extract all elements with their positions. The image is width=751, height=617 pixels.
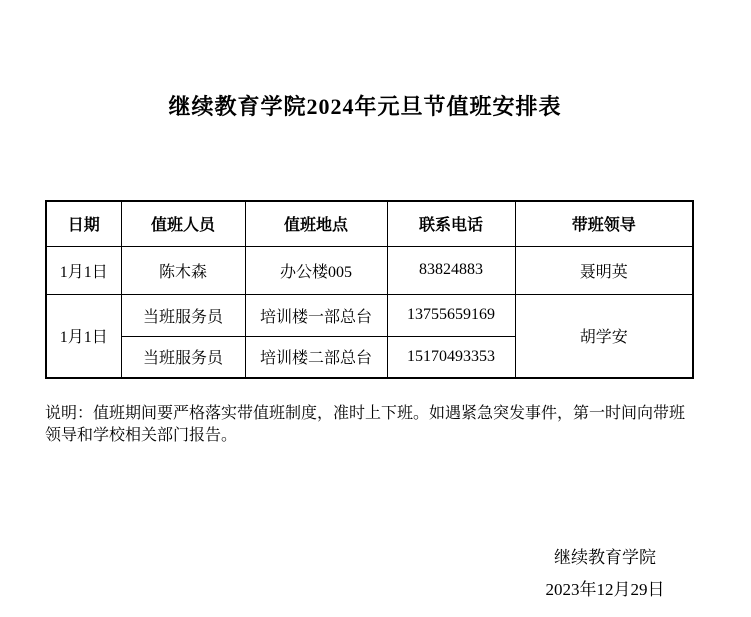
cell-phone: 15170493353 [387,336,515,378]
table-header-row: 日期 值班人员 值班地点 联系电话 带班领导 [46,201,693,246]
cell-leader-merged: 胡学安 [515,294,693,378]
header-phone: 联系电话 [387,201,515,246]
note-paragraph: 说明：值班期间要严格落实带值班制度，准时上下班。如遇紧急突发事件，第一时间向带班… [45,403,697,447]
signature-unit: 继续教育学院 [490,548,720,568]
cell-location: 办公楼005 [245,246,387,294]
page-title: 继续教育学院2024年元旦节值班安排表 [0,90,730,121]
cell-person: 陈木森 [121,246,245,294]
duty-schedule-table: 日期 值班人员 值班地点 联系电话 带班领导 1月1日 陈木森 办公楼005 8… [45,200,694,379]
cell-person: 当班服务员 [121,294,245,336]
cell-person: 当班服务员 [121,336,245,378]
cell-date: 1月1日 [46,246,121,294]
document-page: 继续教育学院2024年元旦节值班安排表 日期 值班人员 值班地点 联系电话 带班… [0,0,751,617]
cell-date-merged: 1月1日 [46,294,121,378]
table-row: 1月1日 当班服务员 培训楼一部总台 13755659169 胡学安 [46,294,693,336]
signature-date: 2023年12月29日 [490,580,720,600]
cell-phone: 83824883 [387,246,515,294]
header-date: 日期 [46,201,121,246]
header-location: 值班地点 [245,201,387,246]
table-row: 1月1日 陈木森 办公楼005 83824883 聂明英 [46,246,693,294]
header-leader: 带班领导 [515,201,693,246]
header-person: 值班人员 [121,201,245,246]
cell-phone: 13755659169 [387,294,515,336]
cell-location: 培训楼二部总台 [245,336,387,378]
cell-location: 培训楼一部总台 [245,294,387,336]
cell-leader: 聂明英 [515,246,693,294]
